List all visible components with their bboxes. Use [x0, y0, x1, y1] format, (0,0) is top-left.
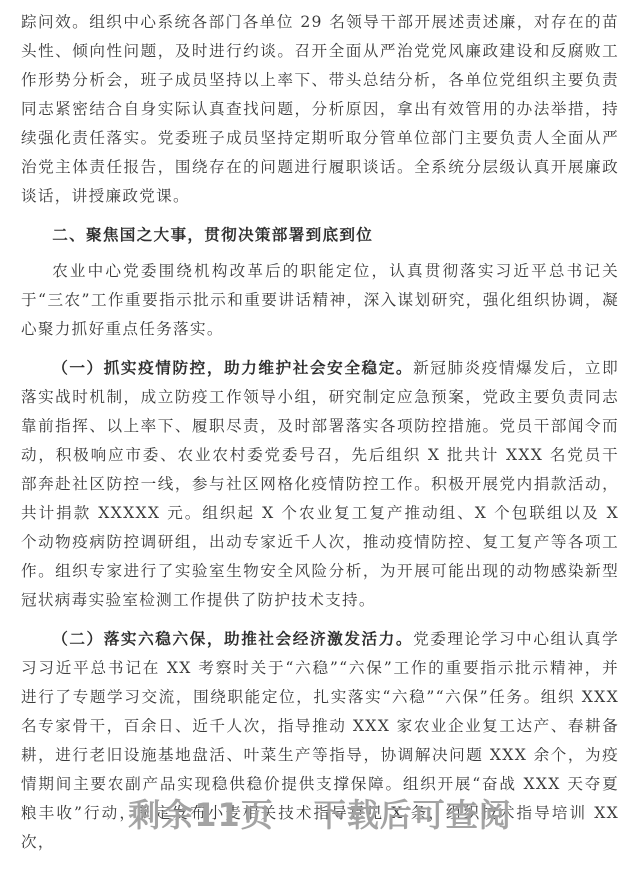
section-intro-paragraph: 农业中心党委围绕机构改革后的职能定位，认真贯彻落实习近平总书记关于“三农”工作重…	[21, 257, 619, 344]
subsection-body-1: 新冠肺炎疫情爆发后，立即落实战时机制，成立防疫工作领导小组，研究制定应急预案，党…	[21, 359, 619, 609]
download-to-view-label: 下载后可查阅	[314, 796, 512, 834]
document-page: 踪问效。组织中心系统各部门各单位 29 名领导干部开展述责述廉，对存在的苗头性、…	[21, 8, 619, 857]
subsection-lead-1: （一）抓实疫情防控，助力维护社会安全稳定。	[52, 358, 413, 377]
section-heading: 二、聚焦国之大事，贯彻决策部署到底到位	[21, 220, 619, 249]
remaining-pages-label: 剩余11页	[128, 796, 274, 834]
subsection-lead-2: （二）落实六稳六保，助推社会经济激发活力。	[52, 629, 413, 648]
paragraph-continuation: 踪问效。组织中心系统各部门各单位 29 名领导干部开展述责述廉，对存在的苗头性、…	[21, 8, 619, 211]
download-prompt[interactable]: 剩余11页下载后可查阅	[0, 790, 640, 836]
subsection-paragraph-1: （一）抓实疫情防控，助力维护社会安全稳定。新冠肺炎疫情爆发后，立即落实战时机制，…	[21, 353, 619, 615]
